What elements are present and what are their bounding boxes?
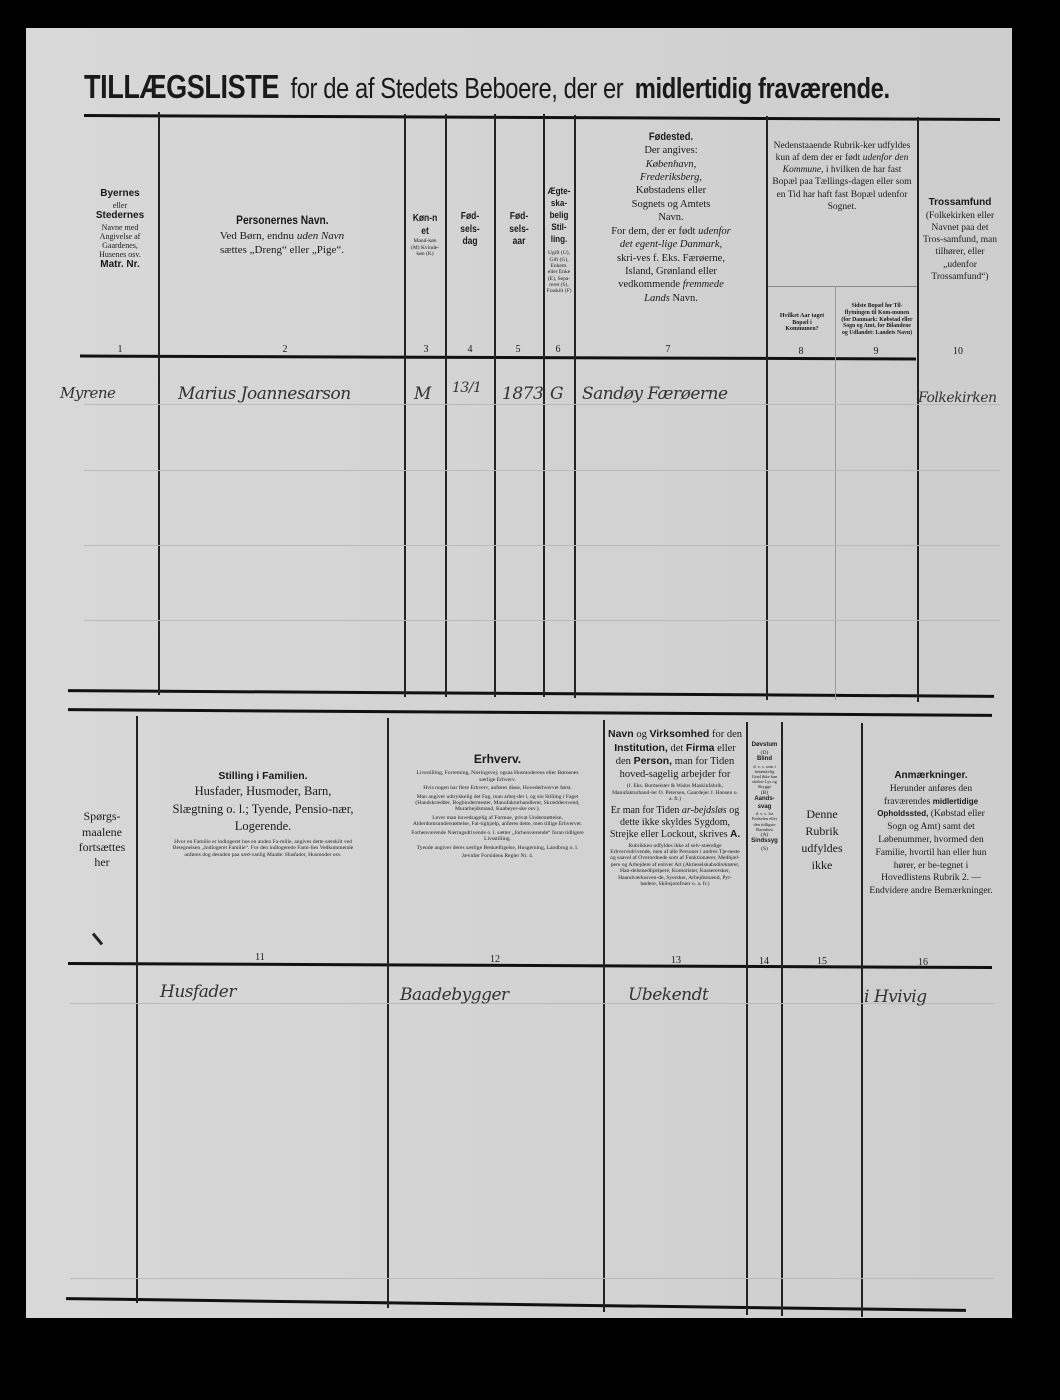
row-ruling [84, 620, 1000, 621]
col-number: 11 [250, 952, 270, 963]
col-number: 15 [812, 956, 832, 967]
header-col-3-sex: Køn-net Mand-køn (M) Kvinde-køn (K) [406, 185, 444, 285]
header-col-12-occupation: Erhverv. Livsstilling, Forretning, Nærin… [400, 752, 595, 932]
lower-col-divider-2 [387, 718, 389, 1308]
col-number: 5 [508, 344, 528, 355]
header-col-6-marital: Ægte-ska-belig Stil-ling. Ugift (U), Gif… [544, 140, 574, 340]
title-emphasis: midlertidig fraværende. [635, 73, 890, 106]
cell-marital-status: G [550, 384, 563, 404]
header-col-10-religion: Trossamfund (Folkekirken eller Navnet pa… [920, 185, 1000, 295]
cell-employer: Ubekendt [628, 985, 708, 1005]
lower-col-divider-6 [861, 723, 863, 1317]
cell-birthplace: Sandøy Færøerne [582, 384, 728, 404]
cell-sex: M [414, 384, 431, 404]
col-number: 6 [548, 344, 568, 355]
col8-9-divider [768, 286, 918, 287]
cell-place: Myrene [60, 384, 115, 402]
side-note-continued: Spørgs-maalene fortsættes her [70, 800, 134, 880]
header-col-14-disability: Døvstum (D) Blind d. v. s. som i betænke… [749, 742, 780, 947]
col-number: 2 [275, 344, 295, 355]
upper-col-divider-6 [574, 115, 576, 698]
cell-name: Marius Joannesarson [178, 384, 351, 404]
col-number: 12 [485, 954, 505, 965]
header-col-5-birthyear: Fød-sels-aar [496, 200, 542, 260]
row-ruling [70, 1278, 994, 1279]
cell-birth-year: 1873 [502, 384, 543, 404]
header-col-11-family-position: Stilling i Familien. Husfader, Husmoder,… [145, 770, 381, 890]
col-number: 14 [754, 956, 774, 967]
col-number: 16 [913, 957, 933, 968]
upper-col-divider-9 [917, 117, 919, 702]
upper-col-divider-8 [835, 286, 836, 700]
header-col-16-remarks: Anmærkninger. Herunder anføres den fravæ… [866, 770, 996, 920]
cell-remarks: i Hvivig [864, 987, 927, 1007]
lower-col-divider-4 [746, 722, 748, 1315]
header-col-9: Sidste Bopæl før Til-flytningen til Kom-… [837, 292, 917, 348]
cell-birth-day: 13/1 [452, 380, 481, 396]
header-col-2: Personernes Navn. Ved Børn, endnu uden N… [162, 200, 402, 270]
lower-col-divider-3 [603, 720, 605, 1312]
row-ruling [84, 404, 1000, 405]
form-title: TILLÆGSLISTE for de af Stedets Beboere, … [84, 68, 838, 116]
col-number: 7 [658, 344, 678, 355]
cell-family-position: Husfader [160, 982, 236, 1002]
header-col-1: Byernes eller Stedernes Navne med Angive… [84, 160, 156, 300]
header-col-8-9-intro: Nedenstaaende Rubrik-ker udfyldes kun af… [772, 140, 912, 270]
lower-col-divider-1 [136, 716, 138, 1303]
header-col-13-employer: Navn og Virksomhed for den Institution, … [607, 728, 743, 958]
row-ruling [84, 470, 1000, 471]
header-col-8: Hvilket Aar taget Bopæl i Kommunen? [770, 298, 834, 348]
header-col-15-not-filled: Denne Rubrik udfyldes ikke [784, 800, 860, 880]
header-col-4-birthday: Fød-sels-dag [447, 200, 493, 260]
col-number: 10 [948, 346, 968, 357]
title-lead: TILLÆGSLISTE [84, 68, 279, 106]
header-col-7-birthplace: Fødested. Der angives: København, Freder… [580, 130, 762, 330]
col-number: 9 [866, 346, 886, 357]
cell-religion: Folkekirken [918, 390, 997, 406]
cell-occupation: Baadebygger [400, 985, 509, 1005]
col-number: 13 [666, 955, 686, 966]
upper-col-divider-7 [766, 116, 768, 700]
row-ruling [84, 545, 1000, 546]
col-number: 4 [460, 344, 480, 355]
lower-col-divider-5 [781, 722, 783, 1316]
col-number: 3 [416, 344, 436, 355]
col-number: 8 [791, 346, 811, 357]
title-middle: for de af Stedets Beboere, der er [290, 73, 623, 106]
row-ruling [70, 1003, 994, 1004]
col-number: 1 [110, 344, 130, 355]
